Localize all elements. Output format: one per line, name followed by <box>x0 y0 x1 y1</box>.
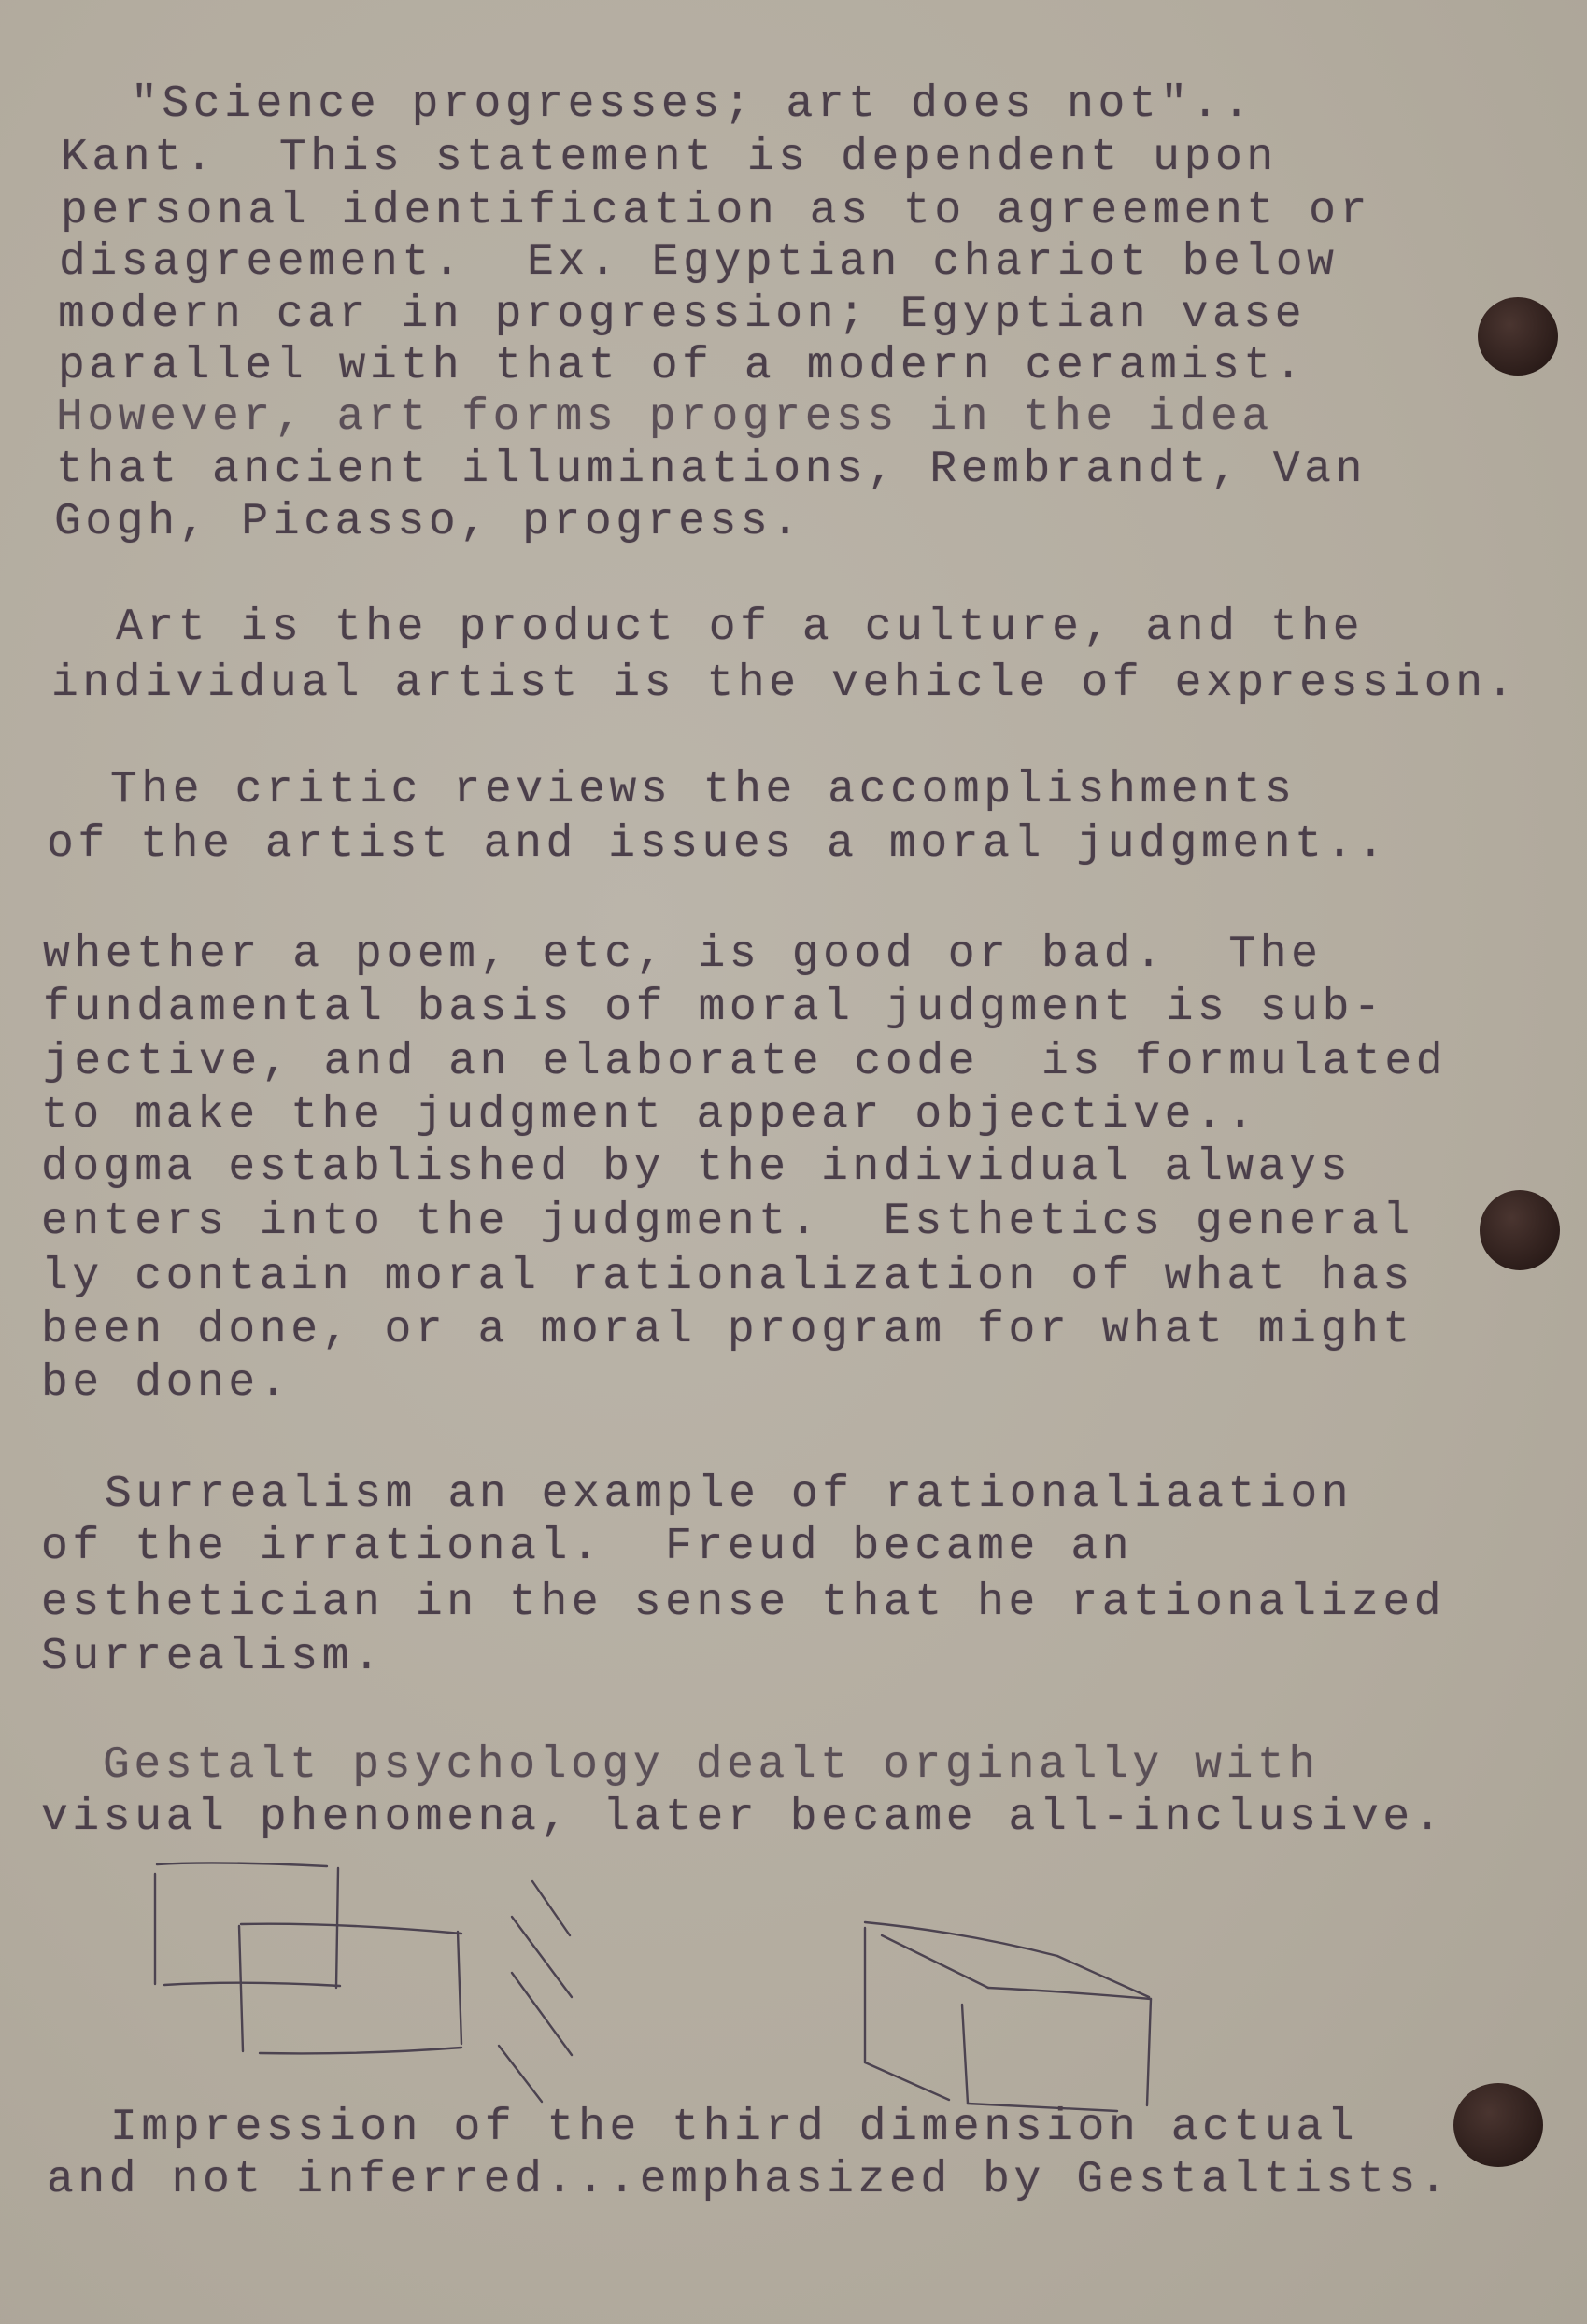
text-line: Impression of the third dimension actual <box>110 2105 1358 2150</box>
sketch-illustrations <box>0 0 1587 2324</box>
overlapping-rectangles-sketch <box>155 1863 461 2053</box>
text-line: and not inferred...emphasized by Gestalt… <box>47 2158 1451 2203</box>
punch-hole <box>1453 2083 1543 2167</box>
cube-sketch <box>865 1922 1151 2111</box>
punch-hole <box>1478 297 1558 376</box>
punch-hole <box>1480 1190 1560 1270</box>
motion-lines-sketch <box>499 1881 572 2102</box>
